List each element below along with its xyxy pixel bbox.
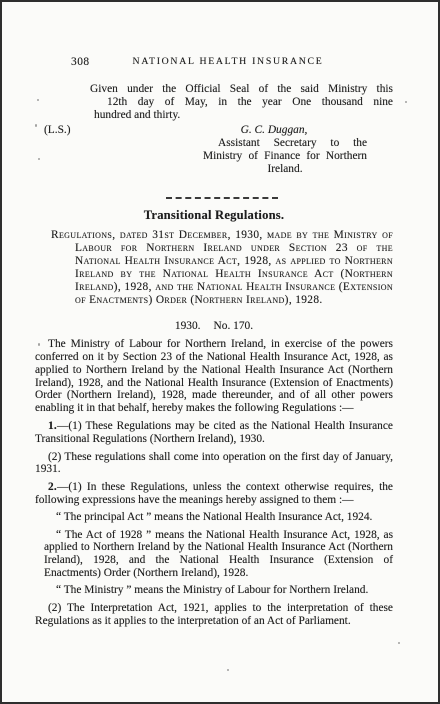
regulation-preamble: Regulations, dated 31st December, 1930, … <box>35 229 393 307</box>
citation-number: No. 170. <box>214 320 254 332</box>
scanned-document-page: 308 NATIONAL HEALTH INSURANCE Given unde… <box>0 0 440 704</box>
body-paragraph: (2) The Interpretation Act, 1921, applie… <box>35 602 393 628</box>
paragraph-text: (2) These regulations shall come into op… <box>35 451 393 476</box>
body-paragraph: 1.—(1) These Regulations may be cited as… <box>35 420 393 446</box>
body-paragraph: (2) These regulations shall come into op… <box>35 451 393 477</box>
body-paragraph: The Ministry of Labour for Northern Irel… <box>35 338 393 415</box>
signature-title-line: Assistant Secretary to the <box>203 137 367 150</box>
signature-name: G. C. Duggan, <box>203 124 367 137</box>
body-paragraph: 2.—(1) In these Regulations, unless the … <box>35 481 393 507</box>
seal-ls-mark: (L.S.) <box>44 124 71 137</box>
scan-speck <box>38 343 40 346</box>
scan-speck <box>405 101 407 103</box>
paragraph-text: —(1) These Regulations may be cited as t… <box>35 420 393 445</box>
signature-title-line: Ireland. <box>203 163 367 176</box>
paragraph-text: —(1) In these Regulations, unless the co… <box>35 481 393 506</box>
scan-speck <box>227 669 229 671</box>
scan-speck <box>38 158 40 160</box>
signature-block: (L.S.) G. C. Duggan, Assistant Secretary… <box>35 124 393 186</box>
page-content: 308 NATIONAL HEALTH INSURANCE Given unde… <box>2 2 438 628</box>
paragraph-number: 2. <box>48 481 57 493</box>
running-header-title: NATIONAL HEALTH INSURANCE <box>49 56 407 69</box>
scan-speck <box>398 642 400 644</box>
running-head: 308 NATIONAL HEALTH INSURANCE <box>35 56 393 69</box>
citation-year: 1930. <box>175 320 201 332</box>
section-divider-rule <box>166 197 278 199</box>
paragraph-number: 1. <box>48 420 57 432</box>
scan-speck <box>37 99 39 101</box>
signature-text: G. C. Duggan, Assistant Secretary to the… <box>203 124 367 175</box>
seal-clause-line: Given under the Official Seal of the sai… <box>90 83 393 96</box>
definition-paragraph: “ The Ministry ” means the Ministry of L… <box>44 584 393 597</box>
definition-paragraph: “ The Act of 1928 ” means the National H… <box>44 529 393 580</box>
definition-paragraph: “ The principal Act ” means the National… <box>44 511 393 524</box>
citation-line: 1930.No. 170. <box>35 320 393 333</box>
scan-speck <box>35 124 37 127</box>
seal-clause: Given under the Official Seal of the sai… <box>35 83 393 121</box>
signature-title-line: Ministry of Finance for Northern <box>203 150 367 163</box>
seal-clause-line: 12th day of May, in the year One thousan… <box>107 96 393 109</box>
seal-clause-line: hundred and thirty. <box>94 109 393 122</box>
section-heading: Transitional Regulations. <box>35 208 393 222</box>
paragraph-text: The Ministry of Labour for Northern Irel… <box>35 338 393 414</box>
paragraph-text: (2) The Interpretation Act, 1921, applie… <box>35 602 393 627</box>
